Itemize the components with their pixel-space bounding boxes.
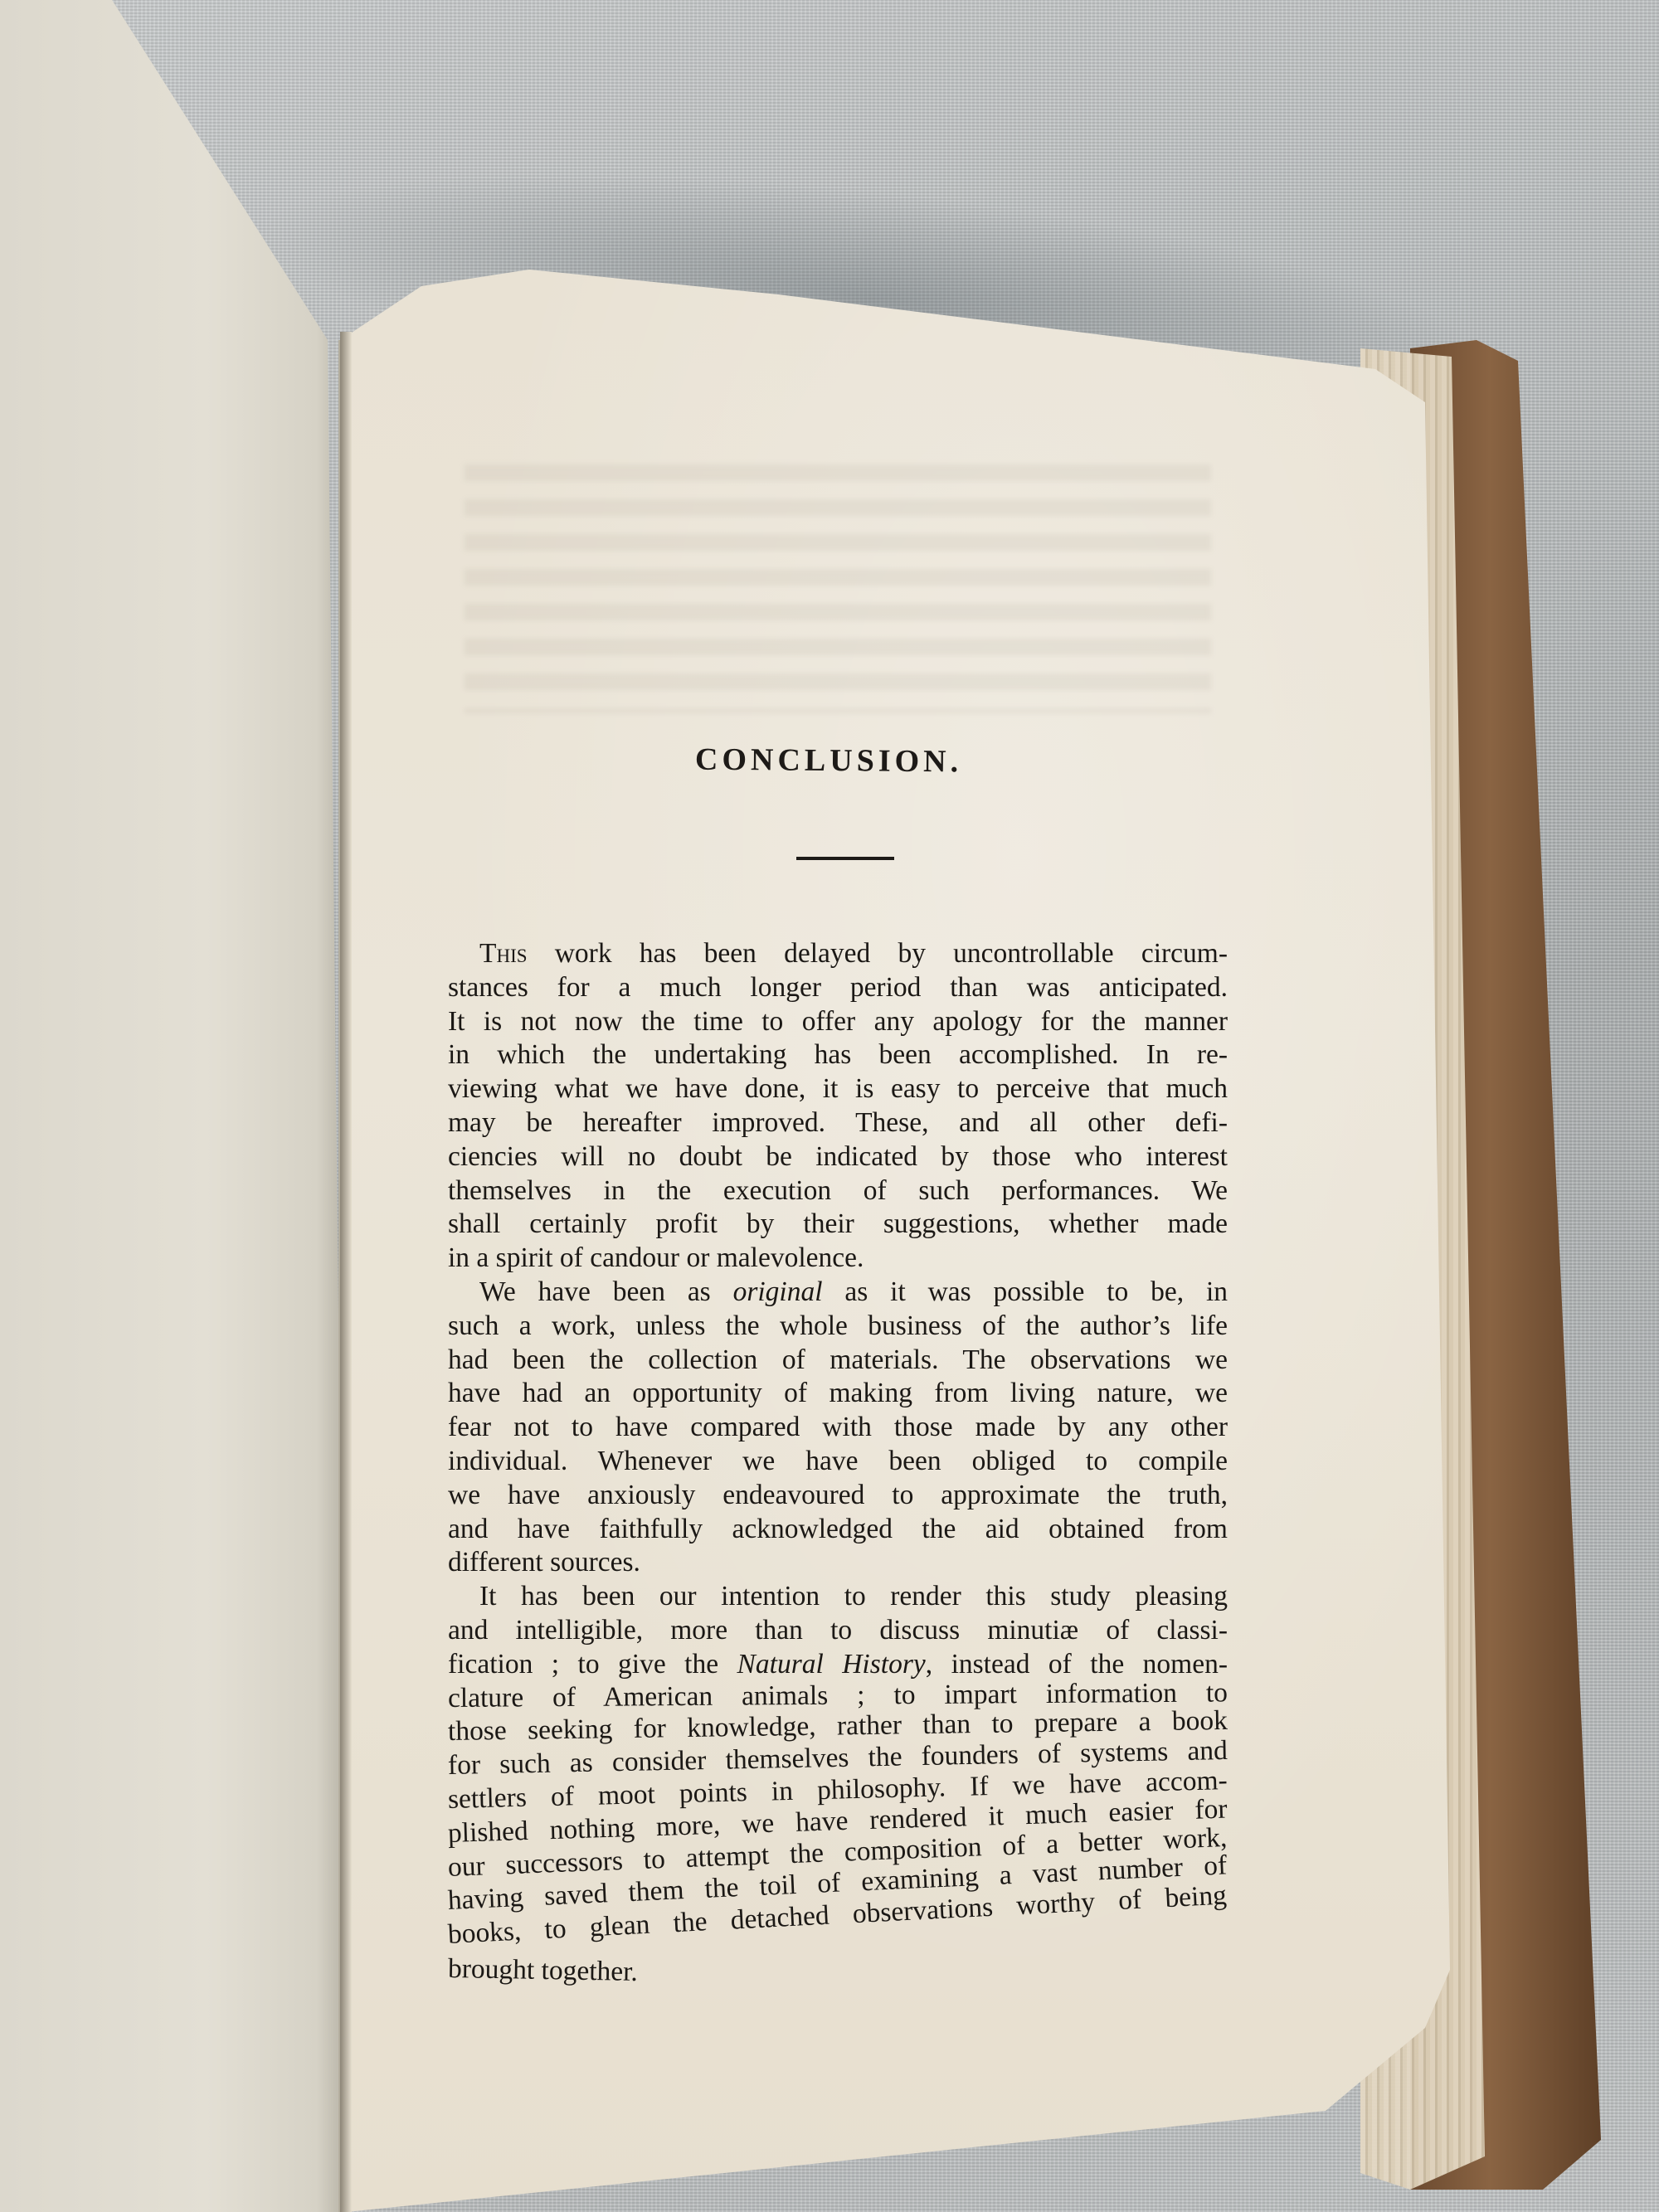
text-line: different sources. xyxy=(448,1546,1228,1580)
text-line: It has been our intention to render this… xyxy=(448,1580,1228,1614)
heading-rule xyxy=(796,857,894,860)
text-line: had been the collection of materials. Th… xyxy=(448,1344,1228,1378)
italic-word: original xyxy=(733,1276,823,1307)
text-line: shall certainly profit by their suggesti… xyxy=(448,1208,1228,1242)
text-line: may be hereafter improved. These, and al… xyxy=(448,1106,1228,1140)
text-line: This work has been delayed by uncontroll… xyxy=(448,937,1228,971)
paragraph-1: This work has been delayed by uncontroll… xyxy=(448,937,1228,1276)
text-line: We have been as original as it was possi… xyxy=(448,1276,1228,1310)
drop-word: This xyxy=(479,938,528,969)
body-text: This work has been delayed by uncontroll… xyxy=(448,937,1228,1986)
text-line: we have anxiously endeavoured to approxi… xyxy=(448,1479,1228,1513)
text-line: fear not to have compared with those mad… xyxy=(448,1411,1228,1445)
text-line: themselves in the execution of such perf… xyxy=(448,1174,1228,1208)
line-text: , instead of the nomen- xyxy=(926,1649,1228,1680)
text-line: ciencies will no doubt be indicated by t… xyxy=(448,1140,1228,1174)
page-heading: CONCLUSION. xyxy=(695,741,962,780)
text-line: individual. Whenever we have been oblige… xyxy=(448,1445,1228,1479)
line-text: We have been as xyxy=(479,1276,733,1307)
show-through-text xyxy=(465,464,1211,713)
text-line: in a spirit of candour or malevolence. xyxy=(448,1242,1228,1276)
text-line: have had an opportunity of making from l… xyxy=(448,1377,1228,1411)
line-text: as it was possible to be, in xyxy=(823,1276,1228,1307)
italic-phrase: Natural History xyxy=(737,1649,926,1680)
book-gutter xyxy=(340,332,352,2212)
line-text: fication ; to give the xyxy=(448,1649,737,1680)
text-line: and have faithfully acknowledged the aid… xyxy=(448,1513,1228,1547)
text-line: It is not now the time to offer any apol… xyxy=(448,1005,1228,1039)
paragraph-2: We have been as original as it was possi… xyxy=(448,1276,1228,1580)
text-line: and intelligible, more than to discuss m… xyxy=(448,1614,1228,1648)
line-text: work has been delayed by uncontrollable … xyxy=(528,938,1228,969)
text-line: viewing what we have done, it is easy to… xyxy=(448,1072,1228,1106)
text-line: stances for a much longer period than wa… xyxy=(448,971,1228,1005)
paragraph-3: It has been our intention to render this… xyxy=(448,1580,1228,1986)
text-line: such a work, unless the whole business o… xyxy=(448,1310,1228,1344)
text-line: in which the undertaking has been accomp… xyxy=(448,1038,1228,1072)
text-line: fication ; to give the Natural History, … xyxy=(448,1648,1228,1682)
left-page xyxy=(0,0,344,2212)
